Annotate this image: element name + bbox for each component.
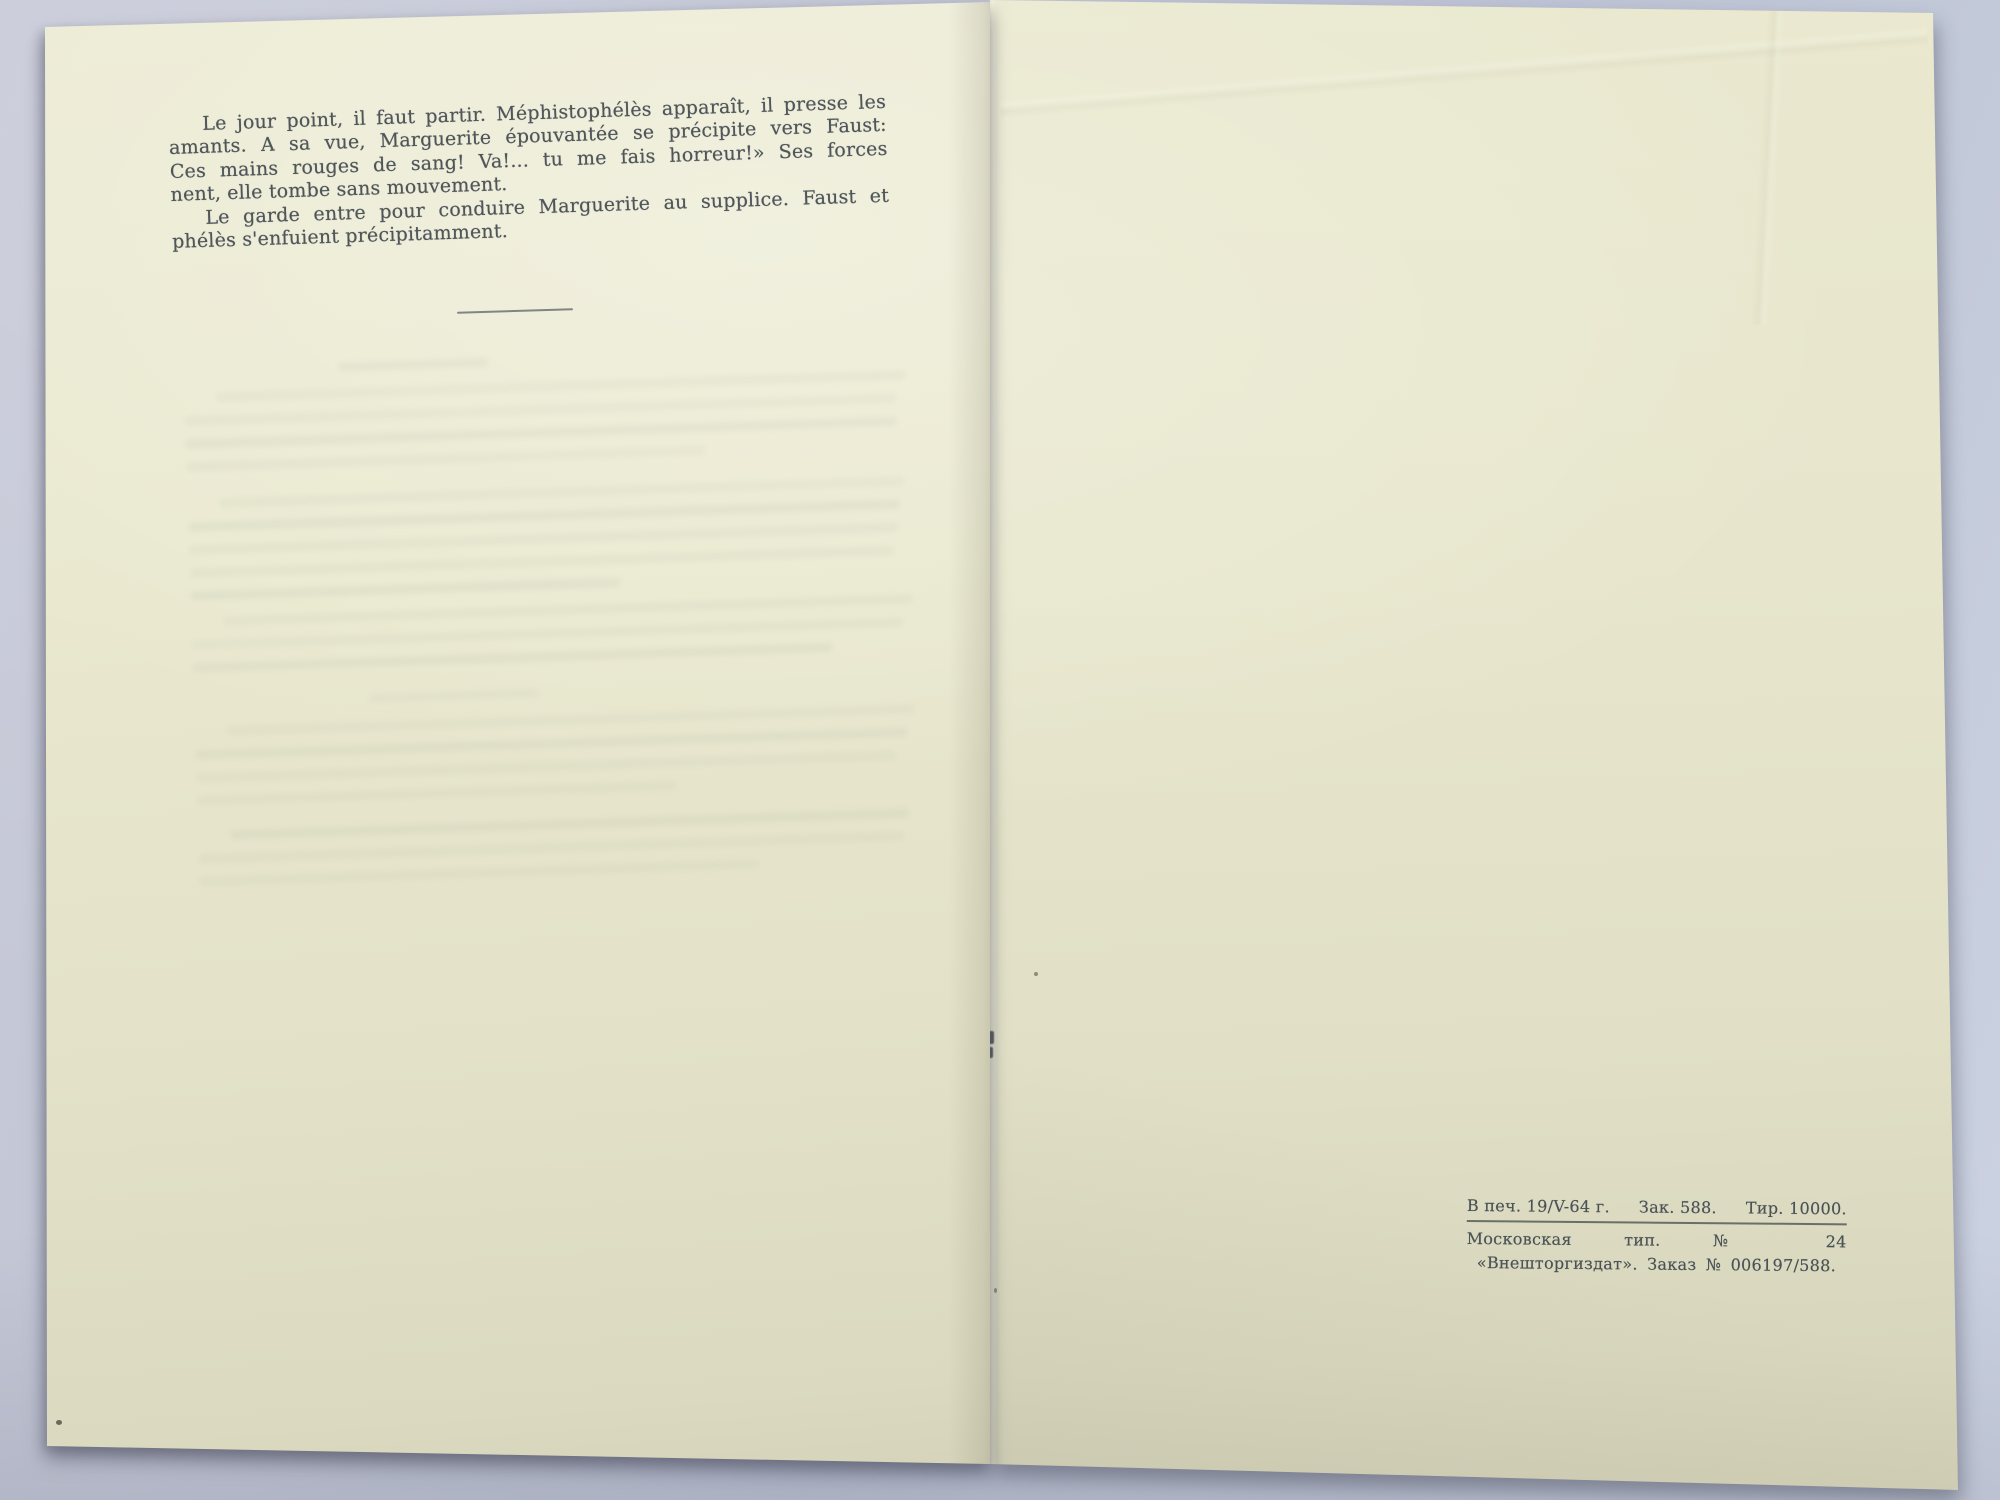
- ghost-text-line: [186, 446, 706, 472]
- paper-speck: [994, 1288, 997, 1293]
- left-page: Le jour point, il faut partir. Méphistop…: [0, 0, 2000, 1500]
- paper-speck: [56, 1420, 62, 1425]
- ghost-text-line: [216, 370, 906, 401]
- synopsis-line: nent, elle tombe sans mouvement.: [170, 161, 888, 208]
- ghost-text-line: [369, 688, 539, 702]
- right-page: В печ. 19/V-64 г. Зак. 588. Тир. 10000. …: [0, 0, 2000, 1500]
- fold-highlight: [988, 0, 995, 1466]
- paper-crease-diagonal: [996, 0, 1931, 155]
- paper-crease-vertical: [1726, 0, 1808, 326]
- fold-ink-mark: [984, 1031, 994, 1044]
- fold-ink-mark: [984, 1047, 993, 1058]
- fold-shade: [948, 0, 990, 1470]
- ghost-text-line: [199, 832, 905, 864]
- synopsis-line: Ces mains rouges de sang! Va!... tu me f…: [170, 138, 888, 185]
- synopsis-line: amants. A sa vue, Marguerite épouvantée …: [169, 114, 887, 161]
- ghost-text-line: [196, 751, 896, 783]
- synopsis-text: Le jour point, il faut partir. Méphistop…: [168, 91, 890, 254]
- colophon-printer-line: Московская тип. № 24 Главполиграфпрома.: [1467, 1227, 1847, 1251]
- ghost-text-line: [230, 808, 910, 839]
- ghost-text-line: [188, 500, 900, 532]
- colophon-row: В печ. 19/V-64 г. Зак. 588. Тир. 10000.: [1467, 1195, 1847, 1219]
- paper-speck: [1034, 972, 1038, 976]
- ghost-text-line: [338, 358, 488, 372]
- ghost-text-line: [193, 643, 833, 673]
- section-divider-rule: [457, 308, 573, 313]
- colophon: В печ. 19/V-64 г. Зак. 588. Тир. 10000. …: [1466, 1195, 1847, 1276]
- colophon-print-date: В печ. 19/V-64 г.: [1467, 1195, 1610, 1217]
- colophon-publisher-line: «Внешторгиздат». Заказ № 006197/588.: [1466, 1251, 1846, 1275]
- ghost-text-line: [195, 728, 907, 760]
- ghost-text-line: [189, 523, 899, 555]
- colophon-order-number: Зак. 588.: [1639, 1197, 1717, 1219]
- synopsis-line: Le garde entre pour conduire Marguerite …: [171, 184, 889, 231]
- ghost-text-line: [199, 859, 759, 886]
- ghost-text-line: [219, 476, 904, 507]
- colophon-rule: [1467, 1220, 1847, 1225]
- left-page-shadow-wrap: Le jour point, il faut partir. Méphistop…: [0, 0, 2000, 1500]
- ghost-text-line: [185, 417, 897, 449]
- ghost-text-line: [223, 594, 913, 625]
- synopsis-line: phélès s'enfuient précipitamment.: [172, 208, 890, 255]
- show-through-text: [0, 0, 2000, 1500]
- ghost-text-line: [190, 578, 620, 601]
- ghost-text-line: [227, 704, 915, 735]
- photo-background: В печ. 19/V-64 г. Зак. 588. Тир. 10000. …: [0, 0, 2000, 1500]
- synopsis-line: Le jour point, il faut partir. Méphistop…: [168, 91, 886, 138]
- ghost-text-line: [197, 781, 677, 805]
- colophon-print-run: Тир. 10000.: [1746, 1197, 1847, 1219]
- ghost-text-line: [192, 618, 904, 650]
- ghost-text-line: [189, 546, 894, 578]
- ghost-text-line: [185, 394, 897, 426]
- right-page-shadow-wrap: В печ. 19/V-64 г. Зак. 588. Тир. 10000. …: [0, 0, 2000, 1500]
- photo-vignette: [0, 0, 2000, 1500]
